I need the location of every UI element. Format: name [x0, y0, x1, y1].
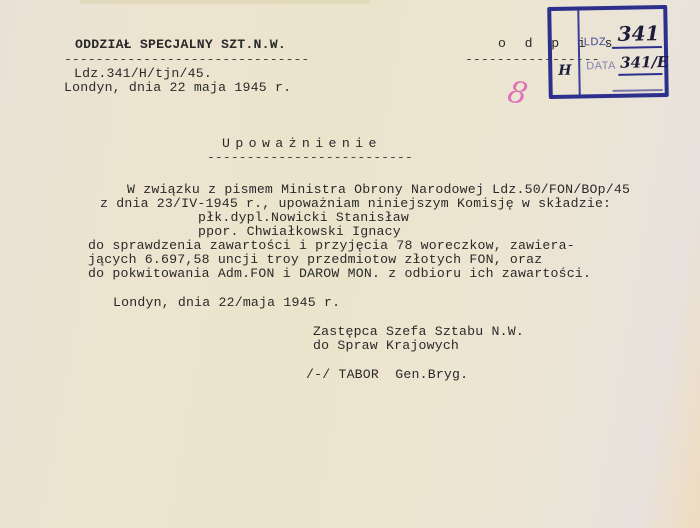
commission-member-2: ppor. Chwiałkowski Ignacy	[198, 224, 401, 239]
body-line-6: jących 6.697,58 uncji troy przedmiotow z…	[88, 252, 542, 267]
closing-place-date: Londyn, dnia 22/maja 1945 r.	[113, 295, 340, 310]
body-line-5: do sprawdzenia zawartości i przyjęcia 78…	[88, 238, 575, 253]
stamp-data-line	[618, 73, 662, 75]
stamp-blank-line	[613, 89, 663, 91]
stamp-ldz-value: 341	[617, 21, 659, 46]
unit-heading: ODDZIAŁ SPECJALNY SZT.N.W.	[75, 37, 286, 52]
unit-underline: -------------------------------	[64, 52, 309, 67]
stamp-divider	[577, 10, 580, 94]
body-line-1: W związku z pismem Ministra Obrony Narod…	[127, 182, 630, 197]
stamp-ldz-label: LDZ.	[584, 36, 610, 48]
signature: /-/ TABOR Gen.Bryg.	[306, 367, 468, 382]
reference-number: Ldz.341/H/tjn/45.	[74, 66, 212, 81]
paper-edge	[80, 0, 370, 4]
stamp-ldz-line	[612, 46, 662, 48]
registry-stamp: LDZ. 341 DATA 341/E H	[547, 5, 669, 99]
stamp-data-label: DATA	[586, 60, 616, 73]
signatory-title-1: Zastępca Szefa Sztabu N.W.	[313, 324, 524, 339]
commission-member-1: płk.dypl.Nowicki Stanisław	[198, 210, 409, 225]
stamp-side-mark: H	[558, 63, 572, 79]
body-line-2: z dnia 23/IV-1945 r., upoważniam niniejs…	[100, 196, 611, 211]
header-place-date: Londyn, dnia 22 maja 1945 r.	[64, 80, 291, 95]
title-underline: --------------------------	[207, 150, 413, 165]
body-line-7: do pokwitowania Adm.FON i DAROW MON. z o…	[88, 266, 591, 281]
handwritten-page-number: 8	[505, 74, 531, 112]
document-title: Upoważnienie	[222, 136, 382, 151]
stamp-data-value: 341/E	[620, 53, 669, 72]
signatory-title-2: do Spraw Krajowych	[313, 338, 459, 353]
